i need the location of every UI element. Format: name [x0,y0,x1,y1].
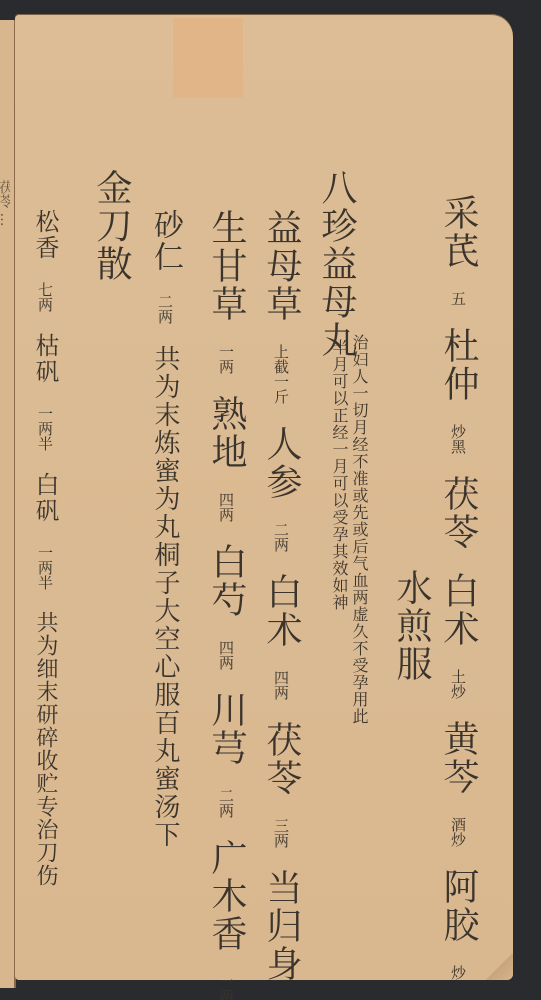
dosage-note: 二两 [218,788,233,818]
dosage-note: 三两 [273,818,288,848]
herb-chuanxiong: 川芎 [206,691,247,767]
dosage-note: 四两 [273,670,288,700]
herb-guang-muxiang: 广木香 [206,839,247,953]
dosage-note: 一两半 [37,545,52,590]
herb-renshen: 人参 [261,425,302,501]
herb-kufan: 枯矾 [31,333,59,385]
herb-shudi: 熟地 [206,395,247,471]
formula-title-jindao-san: 金刀散 [91,169,132,283]
herb-sharen: 砂仁 [148,209,183,273]
instruction-text: 水煎服 [391,569,432,683]
column-jindao-title: 金刀散 [93,169,129,283]
column-ingredients-4: 松香 七两 枯矾 一两半 白矾 一两半 共为细末研碎收贮专治刀伤 [33,209,57,887]
column-decoction-instruction: 水煎服 [393,569,429,683]
herb-ejiao: 阿胶 [438,868,479,944]
herb-danggui-shen: 当归身 [261,869,302,983]
herb-fuling: 茯苓 [261,721,302,797]
dosage-note: 七两 [37,282,52,312]
dosage-note: 四两 [218,640,233,670]
dosage-note: 一两 [218,974,233,1000]
formula-title-bazhen-yimu-wan: 八珍益母丸 [316,169,357,359]
prep-note: 炒黑 [450,424,465,454]
herb-yimucao: 益母草 [261,209,302,323]
dosage-note: 四两 [218,492,233,522]
dosage-note: 一两半 [37,406,52,451]
column-preparation: 砂仁 二两 共为末炼蜜为丸桐子大空心服百丸蜜汤下 [150,209,180,849]
dosage-note: 二两 [273,522,288,552]
left-page-fragment-text: 茯苓 … [0,180,10,380]
dosage-note: 上截一斤 [273,344,288,404]
formula-note-left: 半月可以正经一月可以受孕其效如神 [331,339,347,611]
preparation-instruction: 共为末炼蜜为丸桐子大空心服百丸蜜汤下 [150,345,180,849]
formula-note-right: 治妇人一切月经不准或先或后气血两虚久不受孕用此 [351,334,367,725]
prep-note: 土炒 [450,669,465,699]
prep-note: 炒 [450,965,465,980]
dosage-note: 一两 [218,344,233,374]
left-page-edge: 茯苓 … [0,20,16,988]
manuscript-page: 采芪 五 杜仲 炒黑 茯苓 白术 土炒 黄芩 酒炒 阿胶 炒 水煎服 八珍益母丸… [15,14,513,980]
dosage-note: 五 [450,291,465,306]
column-bazhen-title: 八珍益母丸 [318,169,354,359]
dosage-note: 二两 [157,294,172,324]
herb-sheng-gancao: 生甘草 [206,209,247,323]
preparation-instruction: 共为细末研碎收贮专治刀伤 [33,611,58,887]
herb-baishao: 白芍 [206,543,247,619]
column-ingredients-1: 采芪 五 杜仲 炒黑 茯苓 白术 土炒 黄芩 酒炒 阿胶 炒 [440,194,476,980]
herb-baizhu: 白术 [261,573,302,649]
herb-caiqi: 采芪 [438,194,479,270]
herb-baifan: 白矾 [31,472,59,524]
faded-seal-stamp [173,18,243,98]
herb-duzhong: 杜仲 [438,327,479,403]
herb-songxiang: 松香 [31,209,59,261]
herb-baizhu: 白术 [438,572,479,648]
column-ingredients-3: 生甘草 一两 熟地 四两 白芍 四两 川芎 二两 广木香 一两 [208,209,244,1000]
column-ingredients-2: 益母草 上截一斤 人参 二两 白术 四两 茯苓 三两 当归身 [263,209,299,983]
herb-fuling: 茯苓 [438,475,479,551]
herb-huangqin: 黄芩 [438,720,479,796]
prep-note: 酒炒 [450,817,465,847]
